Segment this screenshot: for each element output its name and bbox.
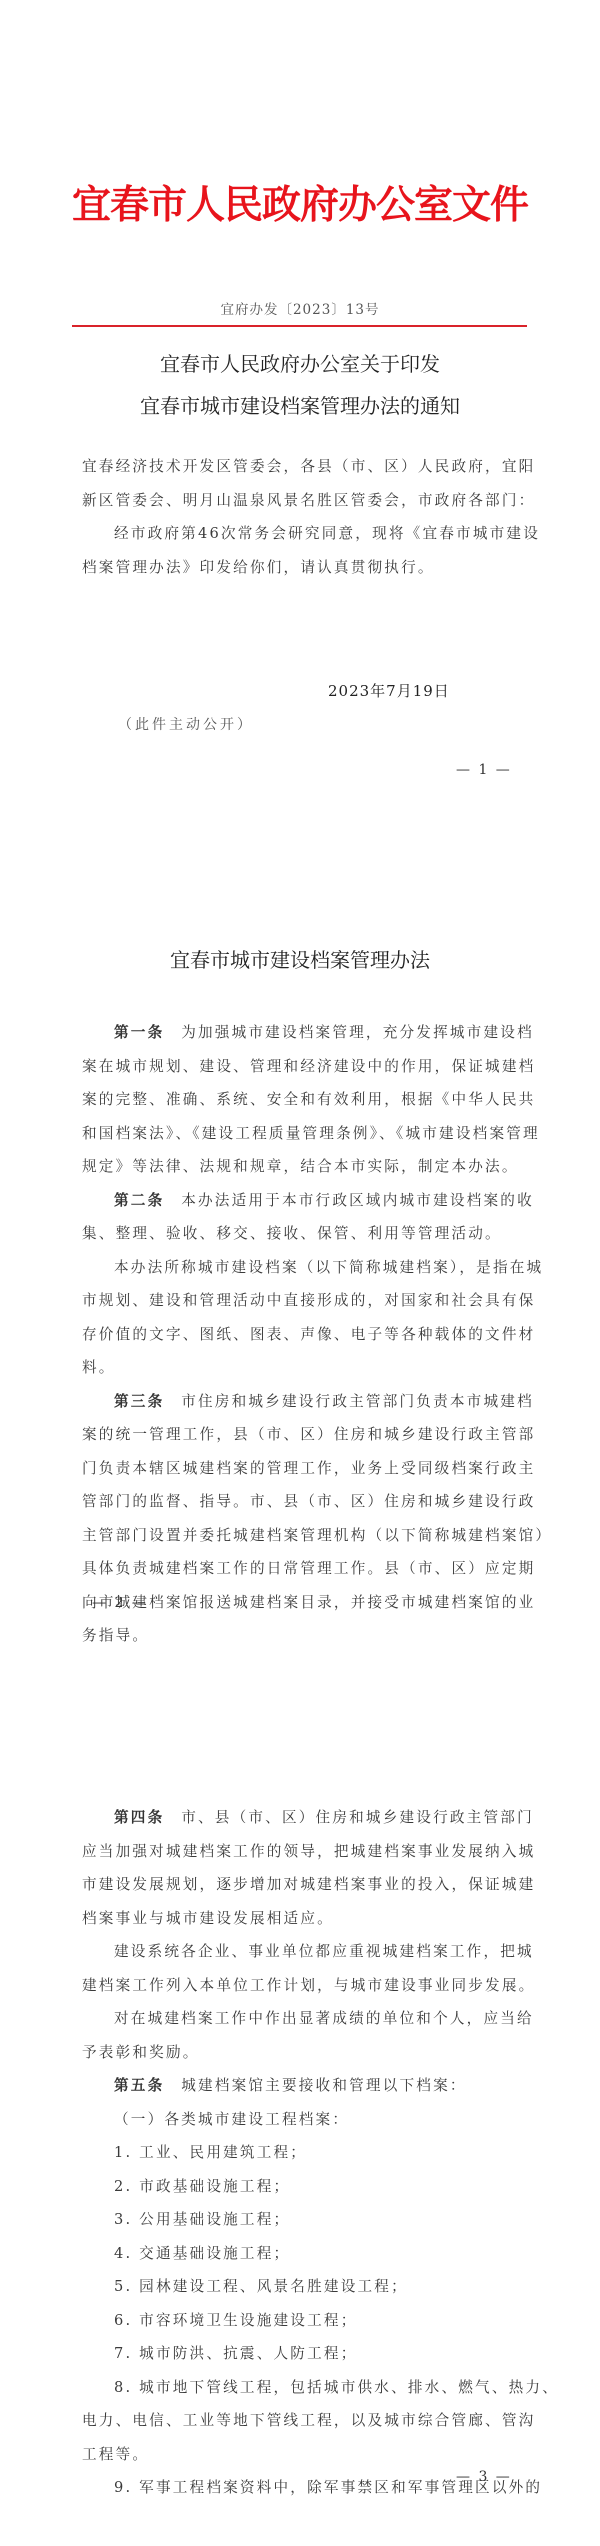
line-text: 予表彰和奖励。 xyxy=(82,2044,200,2061)
body-line: 集、整理、验收、移交、接收、保管、利用等管理活动。 xyxy=(82,1217,524,1251)
line-text: 市建设发展规划，逐步增加对城建档案事业的投入，保证城建 xyxy=(82,1876,535,1893)
notice-title-line-2: 宜春市城市建设档案管理办法的通知 xyxy=(0,392,600,420)
body-line: 予表彰和奖励。 xyxy=(82,2036,524,2070)
body-line: 档案管理办法》印发给你们，请认真贯彻执行。 xyxy=(82,551,524,585)
body-line: 第二条 本办法适用于本市行政区域内城市建设档案的收 xyxy=(82,1184,524,1218)
body-line: 料。 xyxy=(82,1351,524,1385)
line-text: 对在城建档案工作中作出显著成绩的单位和个人，应当给 xyxy=(114,2010,534,2027)
page-number-2: — 2 — xyxy=(92,1595,148,1611)
body-line: 具体负责城建档案工作的日常管理工作。县（市、区）应定期 xyxy=(82,1552,524,1586)
article-number: 第二条 xyxy=(114,1192,164,1209)
line-text: 档案事业与城市建设发展相适应。 xyxy=(82,1910,334,1927)
line-text: 门负责本辖区城建档案的管理工作，业务上受同级档案行政主 xyxy=(82,1460,535,1477)
addressee-line: 宜春经济技术开发区管委会，各县（市、区）人民政府，宜阳 xyxy=(82,450,524,484)
body-line: 2. 市政基础设施工程； xyxy=(82,2170,524,2204)
article-number: 第四条 xyxy=(114,1809,164,1826)
line-text: 1. 工业、民用建筑工程； xyxy=(114,2144,307,2161)
line-text: 向市城建档案馆报送城建档案目录，并接受市城建档案馆的业 xyxy=(82,1594,535,1611)
body-line: 门负责本辖区城建档案的管理工作，业务上受同级档案行政主 xyxy=(82,1452,524,1486)
regulation-body-page-3: 第四条 市、县（市、区）住房和城乡建设行政主管部门应当加强对城建档案工作的领导，… xyxy=(82,1801,524,2505)
body-line: 第三条 市住房和城乡建设行政主管部门负责本市城建档 xyxy=(82,1385,524,1419)
article-number: 第五条 xyxy=(114,2077,164,2094)
line-text: 主管部门设置并委托城建档案管理机构（以下简称城建档案馆） xyxy=(82,1527,552,1544)
line-text: 2. 市政基础设施工程； xyxy=(114,2178,290,2195)
notice-body: 经市政府第46次常务会研究同意，现将《宜春市城市建设 档案管理办法》印发给你们，… xyxy=(82,517,524,584)
body-line: 第四条 市、县（市、区）住房和城乡建设行政主管部门 xyxy=(82,1801,524,1835)
line-text: 料。 xyxy=(82,1359,116,1376)
red-divider-rule xyxy=(72,325,527,327)
line-text: 5. 园林建设工程、风景名胜建设工程； xyxy=(114,2278,408,2295)
body-line: 3. 公用基础设施工程； xyxy=(82,2203,524,2237)
regulation-title: 宜春市城市建设档案管理办法 xyxy=(0,946,600,974)
line-text: 3. 公用基础设施工程； xyxy=(114,2211,290,2228)
body-line: 务指导。 xyxy=(82,1619,524,1653)
addressee-line: 新区管委会、明月山温泉风景名胜区管委会，市政府各部门： xyxy=(82,484,524,518)
line-text: 和国档案法》、《建设工程质量管理条例》、《城市建设档案管理 xyxy=(82,1125,540,1142)
body-line: 主管部门设置并委托城建档案管理机构（以下简称城建档案馆） xyxy=(82,1519,524,1553)
line-text: 集、整理、验收、移交、接收、保管、利用等管理活动。 xyxy=(82,1225,502,1242)
article-number: 第一条 xyxy=(114,1024,164,1041)
line-text: （一）各类城市建设工程档案： xyxy=(114,2111,349,2128)
body-line: 应当加强对城建档案工作的领导，把城建档案事业发展纳入城 xyxy=(82,1835,524,1869)
body-line: 向市城建档案馆报送城建档案目录，并接受市城建档案馆的业 xyxy=(82,1586,524,1620)
body-line: 档案事业与城市建设发展相适应。 xyxy=(82,1902,524,1936)
line-text: 8. 城市地下管线工程，包括城市供水、排水、燃气、热力、 xyxy=(114,2379,559,2396)
line-text: 务指导。 xyxy=(82,1627,149,1644)
body-line: 建设系统各企业、事业单位都应重视城建档案工作，把城 xyxy=(82,1935,524,1969)
line-text: 市规划、建设和管理活动中直接形成的，对国家和社会具有保 xyxy=(82,1292,535,1309)
line-text: 应当加强对城建档案工作的领导，把城建档案事业发展纳入城 xyxy=(82,1843,535,1860)
body-line: 7. 城市防洪、抗震、人防工程； xyxy=(82,2337,524,2371)
line-text: 为加强城市建设档案管理，充分发挥城市建设档 xyxy=(181,1024,534,1041)
body-line: 4. 交通基础设施工程； xyxy=(82,2237,524,2271)
line-text: 建档案工作列入本单位工作计划，与城市建设事业同步发展。 xyxy=(82,1977,535,1994)
body-line: 第五条 城建档案馆主要接收和管理以下档案： xyxy=(82,2069,524,2103)
issue-date: 2023年7月19日 xyxy=(328,680,450,701)
body-line: 管部门的监督、指导。市、县（市、区）住房和城乡建设行政 xyxy=(82,1485,524,1519)
line-text: 城建档案馆主要接收和管理以下档案： xyxy=(181,2077,467,2094)
body-line: 市规划、建设和管理活动中直接形成的，对国家和社会具有保 xyxy=(82,1284,524,1318)
body-line: 规定》等法律、法规和规章，结合本市实际，制定本办法。 xyxy=(82,1150,524,1184)
notice-title-line-1: 宜春市人民政府办公室关于印发 xyxy=(0,350,600,378)
body-line: 1. 工业、民用建筑工程； xyxy=(82,2136,524,2170)
document-header-title: 宜春市人民政府办公室文件 xyxy=(0,176,600,236)
body-line: 第一条 为加强城市建设档案管理，充分发挥城市建设档 xyxy=(82,1016,524,1050)
line-text: 规定》等法律、法规和规章，结合本市实际，制定本办法。 xyxy=(82,1158,519,1175)
line-text: 案在城市规划、建设、管理和经济建设中的作用，保证城建档 xyxy=(82,1058,535,1075)
page-number-1: — 1 — xyxy=(456,762,512,778)
line-text: 7. 城市防洪、抗震、人防工程； xyxy=(114,2345,357,2362)
body-line: 和国档案法》、《建设工程质量管理条例》、《城市建设档案管理 xyxy=(82,1117,524,1151)
body-line: 6. 市容环境卫生设施建设工程； xyxy=(82,2304,524,2338)
body-line: 案的完整、准确、系统、安全和有效利用，根据《中华人民共 xyxy=(82,1083,524,1117)
line-text: 具体负责城建档案工作的日常管理工作。县（市、区）应定期 xyxy=(82,1560,535,1577)
body-line: 对在城建档案工作中作出显著成绩的单位和个人，应当给 xyxy=(82,2002,524,2036)
line-text: 6. 市容环境卫生设施建设工程； xyxy=(114,2312,357,2329)
line-text: 本办法适用于本市行政区域内城市建设档案的收 xyxy=(181,1192,534,1209)
page-number-3: — 3 — xyxy=(456,2469,512,2485)
body-line: 工程等。 xyxy=(82,2438,524,2472)
body-line: 市建设发展规划，逐步增加对城建档案事业的投入，保证城建 xyxy=(82,1868,524,1902)
article-number: 第三条 xyxy=(114,1393,164,1410)
line-text: 建设系统各企业、事业单位都应重视城建档案工作，把城 xyxy=(114,1943,534,1960)
body-line: 8. 城市地下管线工程，包括城市供水、排水、燃气、热力、 xyxy=(82,2371,524,2405)
body-line: 案在城市规划、建设、管理和经济建设中的作用，保证城建档 xyxy=(82,1050,524,1084)
disclosure-note: （此件主动公开） xyxy=(118,714,254,734)
document-number: 宜府办发〔2023〕13号 xyxy=(0,298,600,318)
line-text: 市住房和城乡建设行政主管部门负责本市城建档 xyxy=(181,1393,534,1410)
line-text: 案的统一管理工作，县（市、区）住房和城乡建设行政主管部 xyxy=(82,1426,535,1443)
line-text: 市、县（市、区）住房和城乡建设行政主管部门 xyxy=(181,1809,534,1826)
line-text: 电力、电信、工业等地下管线工程，以及城市综合管廊、管沟 xyxy=(82,2412,535,2429)
line-text: 存价值的文字、图纸、图表、声像、电子等各种载体的文件材 xyxy=(82,1326,535,1343)
line-text: 管部门的监督、指导。市、县（市、区）住房和城乡建设行政 xyxy=(82,1493,535,1510)
line-text: 本办法所称城市建设档案（以下简称城建档案），是指在城 xyxy=(114,1259,543,1276)
regulation-body-page-2: 第一条 为加强城市建设档案管理，充分发挥城市建设档案在城市规划、建设、管理和经济… xyxy=(82,1016,524,1653)
line-text: 工程等。 xyxy=(82,2446,149,2463)
body-line: 案的统一管理工作，县（市、区）住房和城乡建设行政主管部 xyxy=(82,1418,524,1452)
body-line: 存价值的文字、图纸、图表、声像、电子等各种载体的文件材 xyxy=(82,1318,524,1352)
body-line: 建档案工作列入本单位工作计划，与城市建设事业同步发展。 xyxy=(82,1969,524,2003)
line-text: 案的完整、准确、系统、安全和有效利用，根据《中华人民共 xyxy=(82,1091,535,1108)
body-line: （一）各类城市建设工程档案： xyxy=(82,2103,524,2137)
line-text: 4. 交通基础设施工程； xyxy=(114,2245,290,2262)
body-line: 5. 园林建设工程、风景名胜建设工程； xyxy=(82,2270,524,2304)
addressee: 宜春经济技术开发区管委会，各县（市、区）人民政府，宜阳 新区管委会、明月山温泉风… xyxy=(82,450,524,517)
body-line: 经市政府第46次常务会研究同意，现将《宜春市城市建设 xyxy=(82,517,524,551)
body-line: 电力、电信、工业等地下管线工程，以及城市综合管廊、管沟 xyxy=(82,2404,524,2438)
body-line: 本办法所称城市建设档案（以下简称城建档案），是指在城 xyxy=(82,1251,524,1285)
